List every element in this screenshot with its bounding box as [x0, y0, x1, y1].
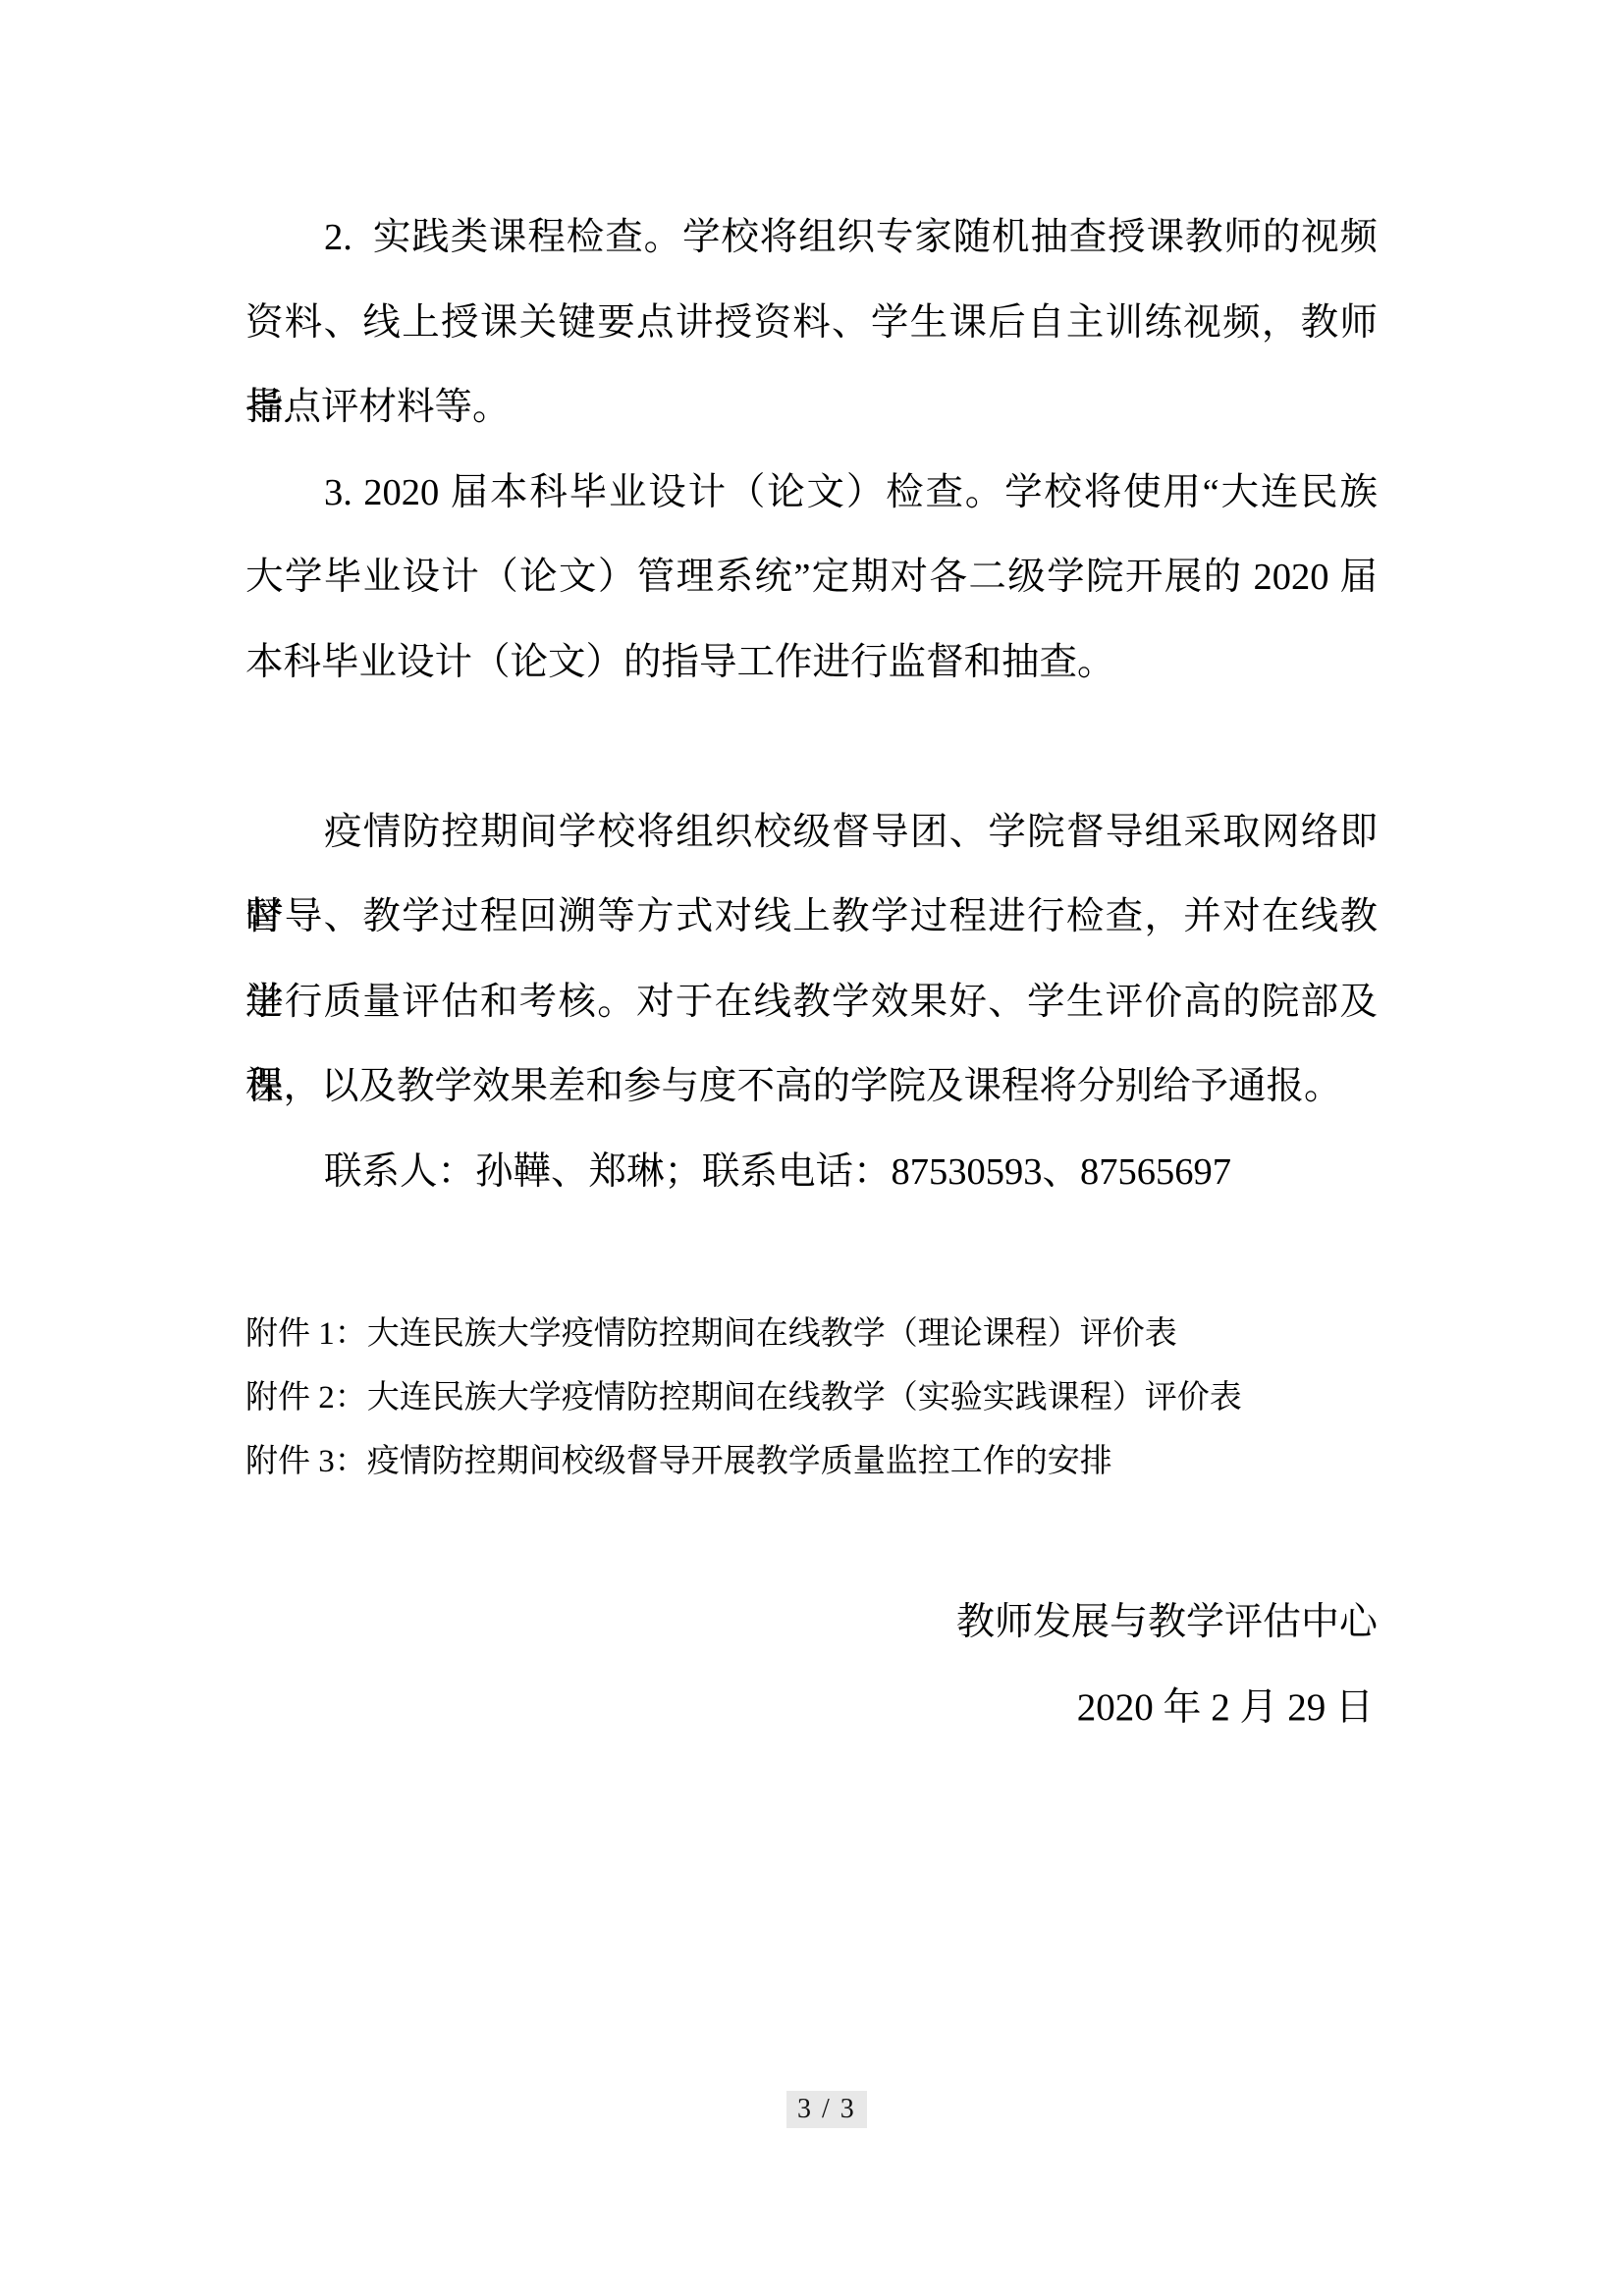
paragraph-line: 本科毕业设计（论文）的指导工作进行监督和抽查。 [245, 620, 1378, 706]
paragraph-line: 进行质量评估和考核。对于在线教学效果好、学生评价高的院部及课 [245, 960, 1378, 1045]
attachment-line-1: 附件 1：大连民族大学疫情防控期间在线教学（理论课程）评价表 [245, 1303, 1378, 1366]
paragraph-line: 3. 2020 届本科毕业设计（论文）检查。学校将使用“大连民族 [245, 451, 1378, 536]
contact-line: 联系人：孙鞾、郑琳；联系电话：87530593、87565697 [245, 1130, 1378, 1215]
attachment-line-2: 附件 2：大连民族大学疫情防控期间在线教学（实验实践课程）评价表 [245, 1366, 1378, 1430]
signature-block: 教师发展与教学评估中心 2020 年 2 月 29 日 [245, 1580, 1378, 1750]
document-page: 2. 实践类课程检查。学校将组织专家随机抽查授课教师的视频 资料、线上授课关键要… [0, 0, 1624, 2296]
document-body: 2. 实践类课程检查。学校将组织专家随机抽查授课教师的视频 资料、线上授课关键要… [245, 195, 1378, 1750]
paragraph-line: 导点评材料等。 [245, 365, 1378, 451]
paragraph-line: 大学毕业设计（论文）管理系统”定期对各二级学院开展的 2020 届 [245, 535, 1378, 620]
paragraph-line: 程，以及教学效果差和参与度不高的学院及课程将分别给予通报。 [245, 1044, 1378, 1130]
signature-date: 2020 年 2 月 29 日 [245, 1666, 1378, 1751]
attachment-list: 附件 1：大连民族大学疫情防控期间在线教学（理论课程）评价表 附件 2：大连民族… [245, 1303, 1378, 1494]
paragraph-line: 2. 实践类课程检查。学校将组织专家随机抽查授课教师的视频 [245, 195, 1378, 281]
paragraph-line: 疫情防控期间学校将组织校级督导团、学院督导组采取网络即时 [245, 790, 1378, 876]
paragraph-line: 督导、教学过程回溯等方式对线上教学过程进行检查，并对在线教学 [245, 875, 1378, 960]
blank-line [245, 705, 1378, 790]
page-number: 3 / 3 [786, 2091, 867, 2128]
attachment-line-3: 附件 3：疫情防控期间校级督导开展教学质量监控工作的安排 [245, 1430, 1378, 1494]
signature-org: 教师发展与教学评估中心 [245, 1580, 1378, 1666]
paragraph-line: 资料、线上授课关键要点讲授资料、学生课后自主训练视频，教师指 [245, 281, 1378, 366]
